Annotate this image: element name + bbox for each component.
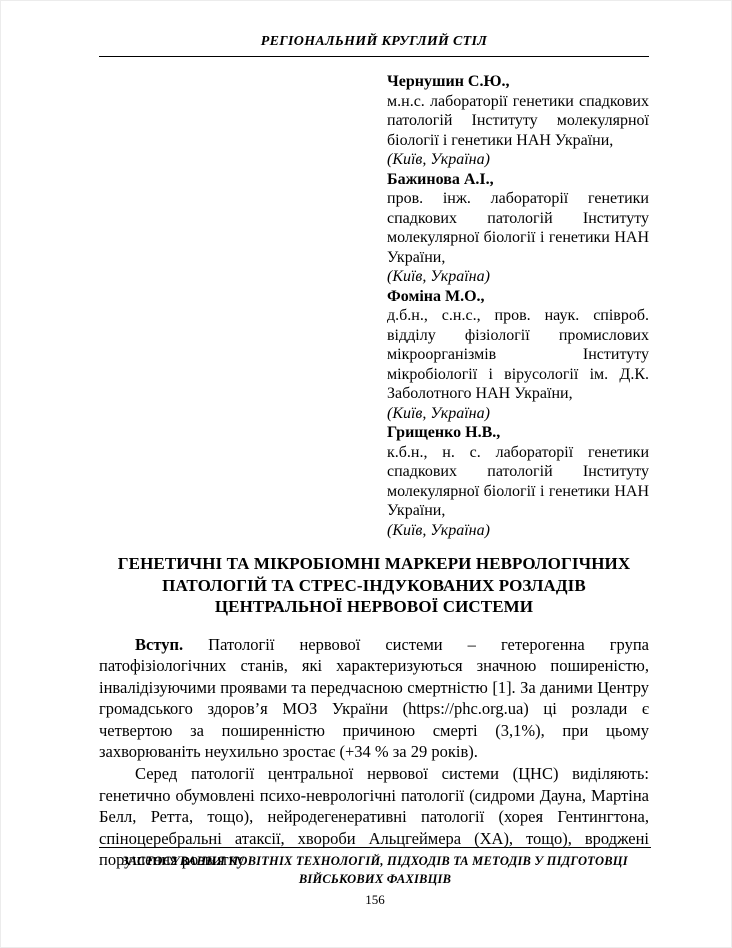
author-name: Фоміна М.О., <box>387 287 649 307</box>
article-body: Вступ. Патології нервової системи – гете… <box>99 634 649 872</box>
header-rule <box>99 56 649 57</box>
running-footer: ЗАСТОСУВАННЯ НОВІТНІХ ТЕХНОЛОГІЙ, ПІДХОД… <box>99 847 651 908</box>
author-block: Бажинова А.І., пров. інж. лабораторії ге… <box>387 170 649 287</box>
author-affiliation: к.б.н., н. с. лабораторії генетики спадк… <box>387 443 649 521</box>
running-footer-title: ЗАСТОСУВАННЯ НОВІТНІХ ТЕХНОЛОГІЙ, ПІДХОД… <box>99 853 651 888</box>
author-affiliation: пров. інж. лабораторії генетики спадкови… <box>387 189 649 267</box>
authors-block: Чернушин С.Ю., м.н.с. лабораторії генети… <box>387 72 649 540</box>
author-name: Бажинова А.І., <box>387 170 649 190</box>
author-name: Чернушин С.Ю., <box>387 72 649 92</box>
intro-lead: Вступ. <box>135 635 183 654</box>
author-block: Фоміна М.О., д.б.н., с.н.с., пров. наук.… <box>387 287 649 424</box>
author-affiliation: д.б.н., с.н.с., пров. наук. співроб. від… <box>387 306 649 404</box>
author-location: (Київ, Україна) <box>387 150 649 170</box>
footer-rule <box>99 847 651 848</box>
running-header: РЕГІОНАЛЬНИЙ КРУГЛИЙ СТІЛ <box>99 33 649 57</box>
author-name: Грищенко Н.В., <box>387 423 649 443</box>
document-page: РЕГІОНАЛЬНИЙ КРУГЛИЙ СТІЛ Чернушин С.Ю.,… <box>0 0 732 948</box>
intro-paragraph: Вступ. Патології нервової системи – гете… <box>99 634 649 764</box>
author-location: (Київ, Україна) <box>387 267 649 287</box>
page-number: 156 <box>99 892 651 908</box>
author-block: Чернушин С.Ю., м.н.с. лабораторії генети… <box>387 72 649 170</box>
author-location: (Київ, Україна) <box>387 521 649 541</box>
author-location: (Київ, Україна) <box>387 404 649 424</box>
author-block: Грищенко Н.В., к.б.н., н. с. лабораторії… <box>387 423 649 540</box>
running-header-title: РЕГІОНАЛЬНИЙ КРУГЛИЙ СТІЛ <box>99 33 649 50</box>
author-affiliation: м.н.с. лабораторії генетики спадкових па… <box>387 92 649 151</box>
article-title: ГЕНЕТИЧНІ ТА МІКРОБІОМНІ МАРКЕРИ НЕВРОЛО… <box>99 553 649 618</box>
